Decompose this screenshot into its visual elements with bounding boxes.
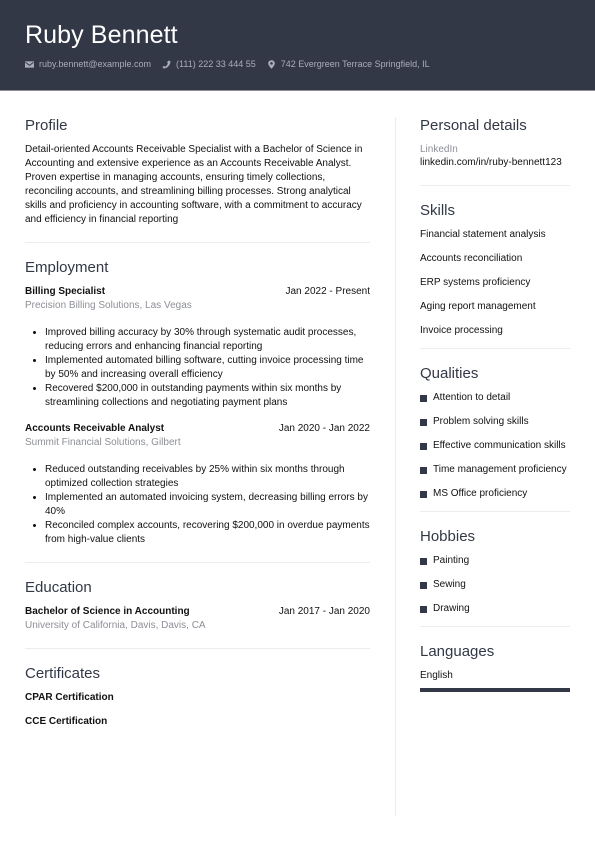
education-entry: Bachelor of Science in AccountingJan 201… — [25, 605, 370, 633]
skill-item: Aging report management — [420, 300, 570, 314]
square-bullet-icon — [420, 582, 427, 589]
job-dates: Jan 2022 - Present — [286, 285, 371, 299]
job-entry: Accounts Receivable AnalystJan 2020 - Ja… — [25, 422, 370, 547]
divider — [420, 626, 570, 627]
column-divider — [395, 117, 396, 816]
linkedin-value[interactable]: linkedin.com/in/ruby-bennett123 — [420, 156, 570, 170]
job-company: Precision Billing Solutions, Las Vegas — [25, 299, 370, 313]
divider — [25, 242, 370, 243]
education-section: Education Bachelor of Science in Account… — [25, 579, 370, 633]
language-proficiency-fill — [420, 688, 570, 692]
school: University of California, Davis, Davis, … — [25, 619, 370, 633]
section-title-skills: Skills — [420, 202, 570, 219]
quality-item-label: MS Office proficiency — [433, 487, 527, 501]
quality-item-label: Attention to detail — [433, 391, 510, 405]
job-bullet: Improved billing accuracy by 30% through… — [45, 326, 370, 354]
square-bullet-icon — [420, 395, 427, 402]
hobby-item-label: Painting — [433, 554, 469, 568]
quality-item: Attention to detail — [420, 391, 570, 405]
section-title-personal-details: Personal details — [420, 117, 570, 134]
square-bullet-icon — [420, 443, 427, 450]
divider — [420, 511, 570, 512]
section-title-qualities: Qualities — [420, 365, 570, 382]
candidate-name: Ruby Bennett — [25, 21, 178, 50]
job-bullet: Recovered $200,000 in outstanding paymen… — [45, 382, 370, 410]
divider — [420, 185, 570, 186]
email-text[interactable]: ruby.bennett@example.com — [39, 59, 151, 69]
hobbies-section: Hobbies PaintingSewingDrawing — [420, 528, 570, 616]
skill-item: Financial statement analysis — [420, 228, 570, 242]
section-title-languages: Languages — [420, 643, 570, 660]
skill-item: ERP systems proficiency — [420, 276, 570, 290]
job-entry: Billing SpecialistJan 2022 - PresentPrec… — [25, 285, 370, 410]
divider — [25, 562, 370, 563]
quality-item-label: Problem solving skills — [433, 415, 529, 429]
address-text: 742 Evergreen Terrace Springfield, IL — [281, 59, 430, 69]
square-bullet-icon — [420, 558, 427, 565]
qualities-section: Qualities Attention to detailProblem sol… — [420, 365, 570, 501]
profile-section: Profile Detail-oriented Accounts Receiva… — [25, 117, 370, 227]
contact-address: 742 Evergreen Terrace Springfield, IL — [267, 59, 430, 69]
job-bullet: Reconciled complex accounts, recovering … — [45, 519, 370, 547]
divider — [25, 648, 370, 649]
hobby-item: Sewing — [420, 578, 570, 592]
certificates-section: Certificates CPAR CertificationCCE Certi… — [25, 665, 370, 729]
job-header: Accounts Receivable AnalystJan 2020 - Ja… — [25, 422, 370, 436]
hobby-item-label: Sewing — [433, 578, 466, 592]
phone-icon — [162, 60, 171, 69]
sidebar-column: Personal details LinkedIn linkedin.com/i… — [420, 117, 570, 692]
job-title: Billing Specialist — [25, 285, 105, 299]
linkedin-label: LinkedIn — [420, 143, 570, 156]
languages-section: Languages English — [420, 643, 570, 692]
hobby-item: Painting — [420, 554, 570, 568]
degree: Bachelor of Science in Accounting — [25, 605, 190, 619]
skills-section: Skills Financial statement analysisAccou… — [420, 202, 570, 338]
main-column: Profile Detail-oriented Accounts Receiva… — [25, 117, 370, 739]
contact-email: ruby.bennett@example.com — [25, 59, 151, 69]
job-header: Billing SpecialistJan 2022 - Present — [25, 285, 370, 299]
skill-item: Accounts reconciliation — [420, 252, 570, 266]
quality-item: MS Office proficiency — [420, 487, 570, 501]
contact-line: ruby.bennett@example.com (111) 222 33 44… — [25, 59, 441, 69]
job-bullet: Implemented an automated invoicing syste… — [45, 491, 370, 519]
job-company: Summit Financial Solutions, Gilbert — [25, 436, 370, 450]
square-bullet-icon — [420, 419, 427, 426]
section-title-hobbies: Hobbies — [420, 528, 570, 545]
divider — [420, 348, 570, 349]
job-bullet: Reduced outstanding receivables by 25% w… — [45, 463, 370, 491]
hobby-item-label: Drawing — [433, 602, 470, 616]
job-bullets: Improved billing accuracy by 30% through… — [45, 326, 370, 410]
section-title-employment: Employment — [25, 259, 370, 276]
square-bullet-icon — [420, 467, 427, 474]
job-title: Accounts Receivable Analyst — [25, 422, 164, 436]
job-dates: Jan 2020 - Jan 2022 — [279, 422, 370, 436]
quality-item: Time management proficiency — [420, 463, 570, 477]
quality-item: Problem solving skills — [420, 415, 570, 429]
language-proficiency-bar — [420, 688, 570, 692]
education-header: Bachelor of Science in AccountingJan 201… — [25, 605, 370, 619]
profile-text: Detail-oriented Accounts Receivable Spec… — [25, 143, 370, 227]
quality-item-label: Effective communication skills — [433, 439, 566, 453]
job-bullet: Implemented automated billing software, … — [45, 354, 370, 382]
resume-header: Ruby Bennett ruby.bennett@example.com (1… — [0, 0, 595, 91]
personal-details-section: Personal details LinkedIn linkedin.com/i… — [420, 117, 570, 170]
job-bullets: Reduced outstanding receivables by 25% w… — [45, 463, 370, 547]
language-name: English — [420, 669, 570, 683]
skill-item: Invoice processing — [420, 324, 570, 338]
map-pin-icon — [267, 60, 276, 69]
certificate-item: CPAR Certification — [25, 691, 370, 705]
phone-text: (111) 222 33 444 55 — [176, 59, 256, 69]
quality-item: Effective communication skills — [420, 439, 570, 453]
education-dates: Jan 2017 - Jan 2020 — [279, 605, 370, 619]
employment-section: Employment Billing SpecialistJan 2022 - … — [25, 259, 370, 547]
contact-phone: (111) 222 33 444 55 — [162, 59, 256, 69]
section-title-profile: Profile — [25, 117, 370, 134]
square-bullet-icon — [420, 491, 427, 498]
envelope-icon — [25, 60, 34, 69]
square-bullet-icon — [420, 606, 427, 613]
quality-item-label: Time management proficiency — [433, 463, 567, 477]
section-title-education: Education — [25, 579, 370, 596]
section-title-certificates: Certificates — [25, 665, 370, 682]
hobby-item: Drawing — [420, 602, 570, 616]
certificate-item: CCE Certification — [25, 715, 370, 729]
